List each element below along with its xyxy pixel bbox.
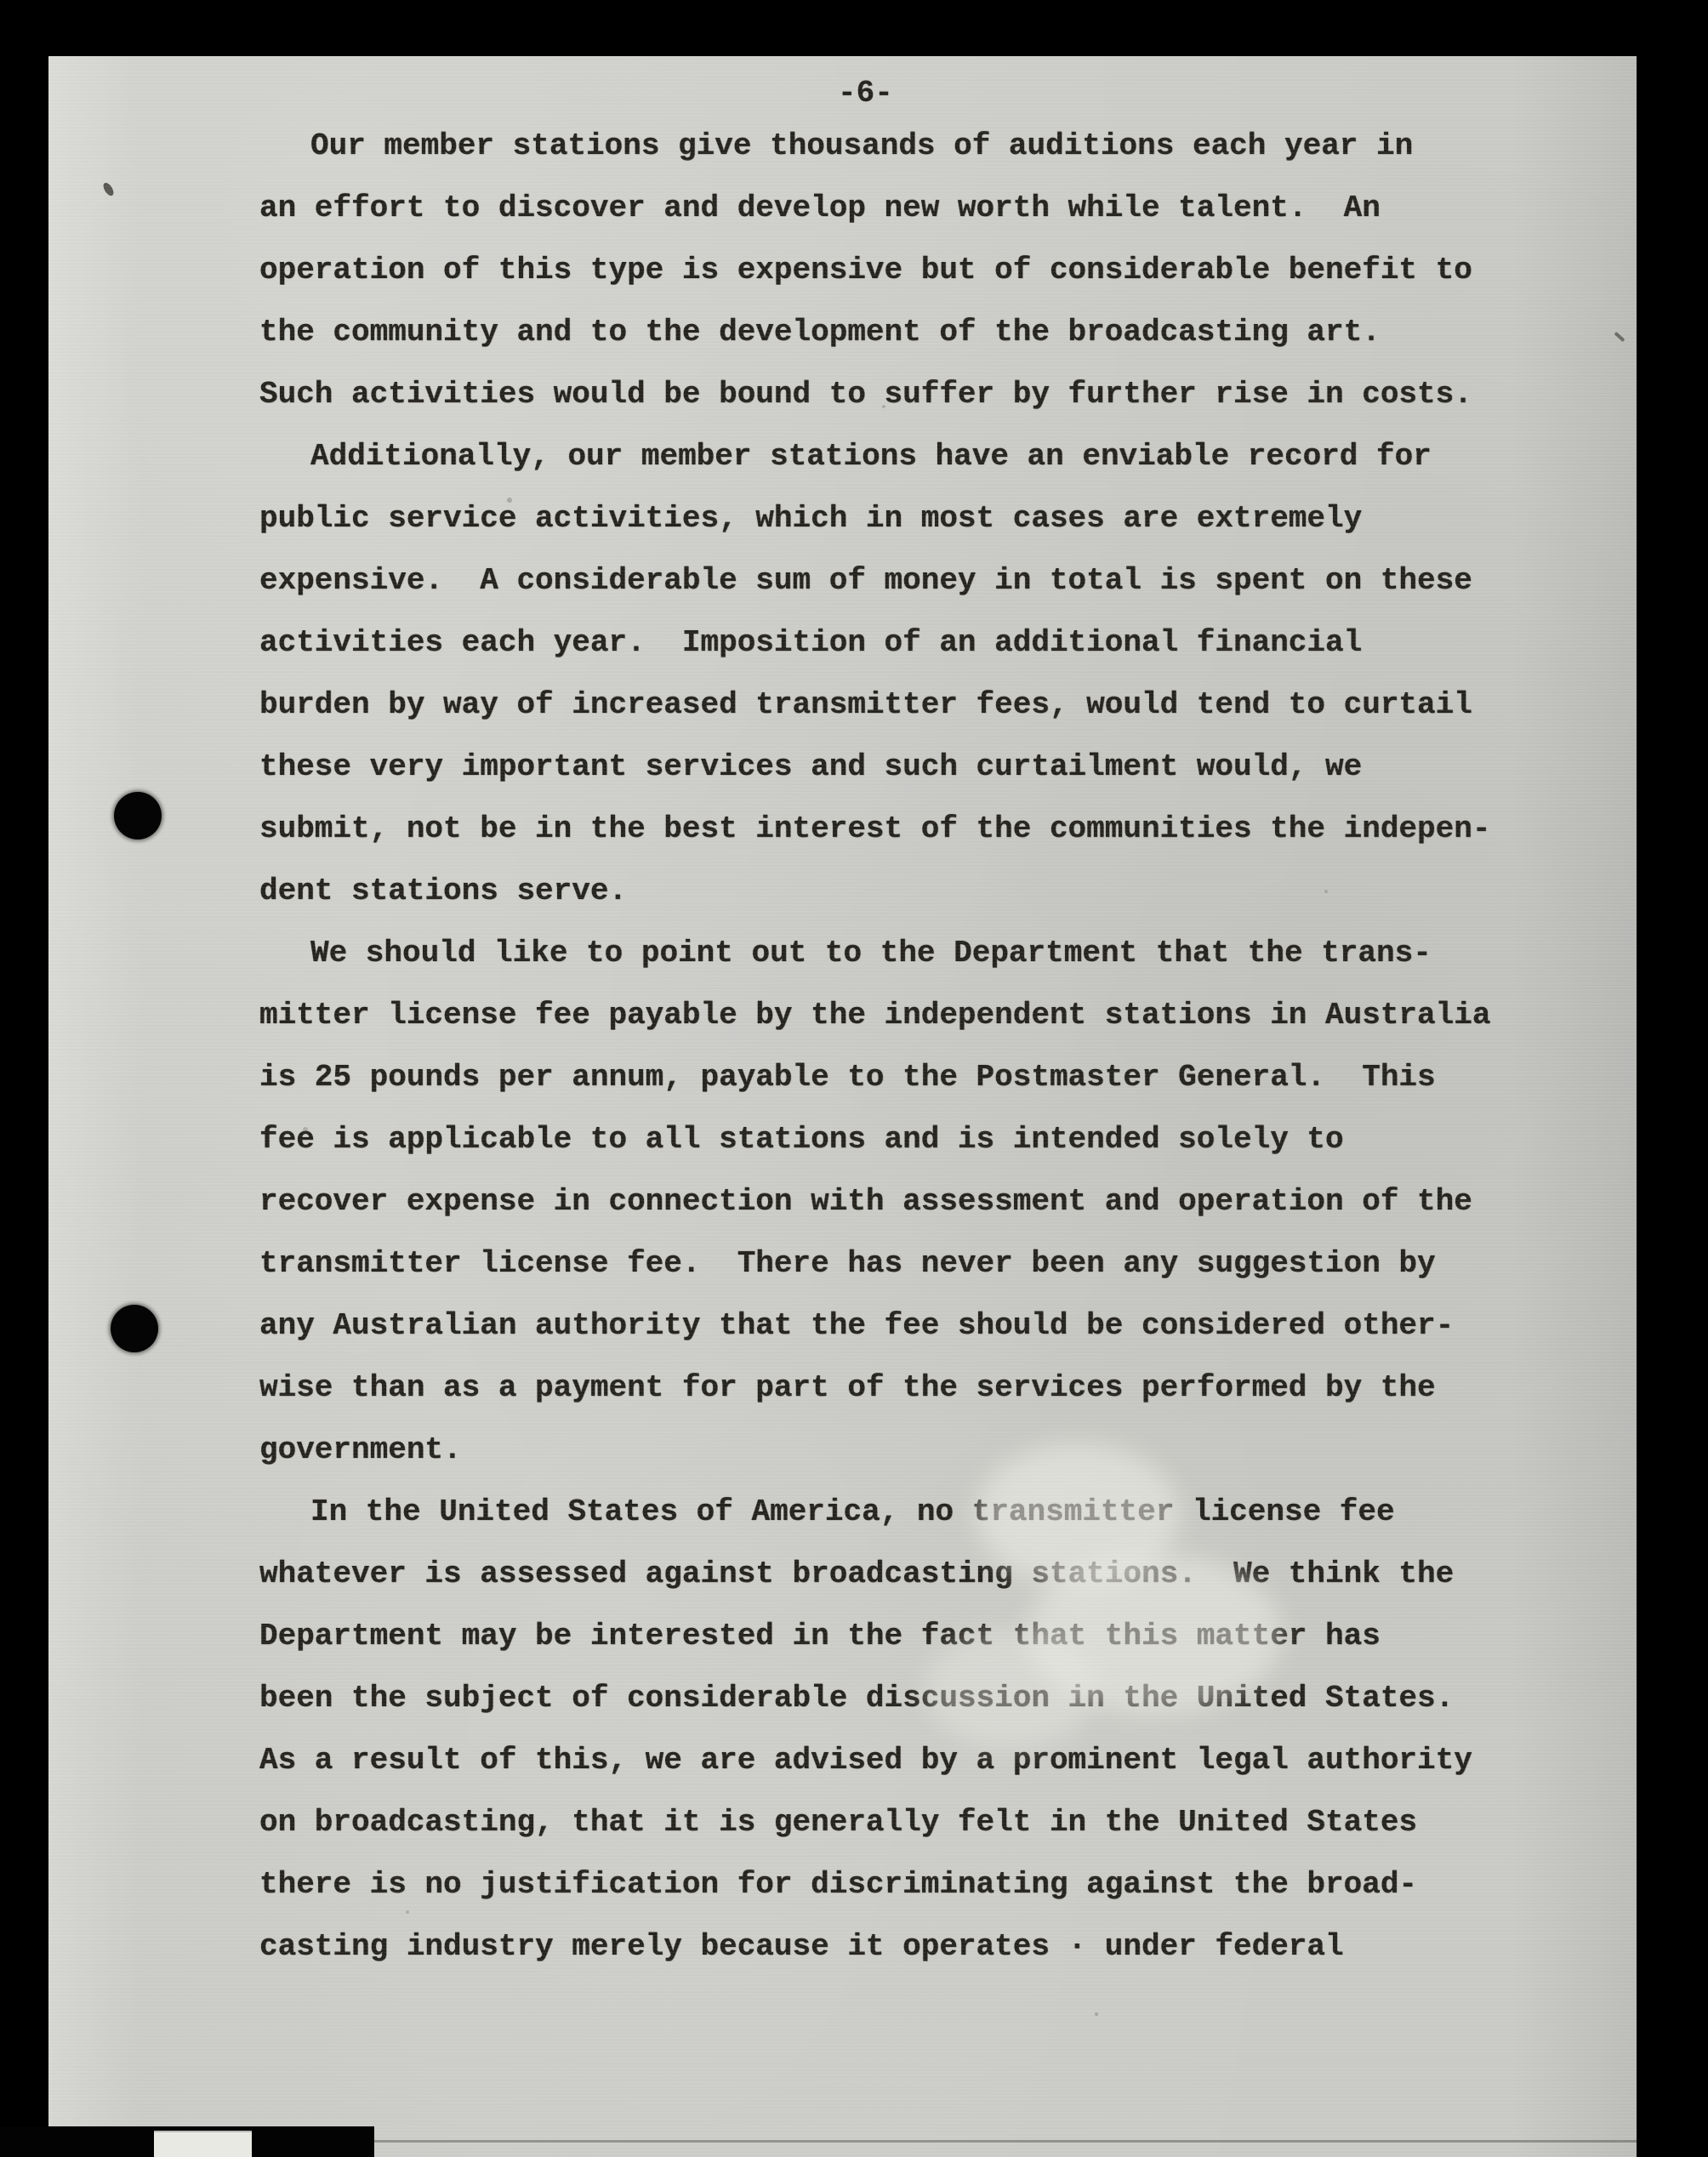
document-line: these very important services and such c… bbox=[259, 736, 1603, 798]
dust-specks bbox=[48, 56, 52, 60]
hole-punch-bottom bbox=[111, 1305, 158, 1352]
document-line: wise than as a payment for part of the s… bbox=[259, 1357, 1603, 1419]
document-line: submit, not be in the best interest of t… bbox=[259, 798, 1603, 860]
document-line: expensive. A considerable sum of money i… bbox=[259, 549, 1603, 612]
ink-speck bbox=[101, 181, 116, 197]
document-line: operation of this type is expensive but … bbox=[259, 239, 1603, 301]
document-line: activities each year. Imposition of an a… bbox=[259, 612, 1603, 674]
document-line: transmitter license fee. There has never… bbox=[259, 1232, 1603, 1295]
document-line: any Australian authority that the fee sh… bbox=[259, 1295, 1603, 1357]
document-line: on broadcasting, that it is generally fe… bbox=[259, 1791, 1603, 1853]
document-line: there is no justification for discrimina… bbox=[259, 1853, 1603, 1915]
document-line: In the United States of America, no tran… bbox=[259, 1481, 1603, 1543]
document-line: government. bbox=[259, 1419, 1603, 1481]
document-line: is 25 pounds per annum, payable to the P… bbox=[259, 1046, 1603, 1108]
page-number: -6- bbox=[838, 75, 893, 112]
document-line: burden by way of increased transmitter f… bbox=[259, 674, 1603, 736]
document-line: the community and to the development of … bbox=[259, 301, 1603, 363]
hole-punch-top bbox=[114, 792, 162, 839]
paragraph: In the United States of America, no tran… bbox=[259, 1481, 1603, 1978]
document-line: Department may be interested in the fact… bbox=[259, 1605, 1603, 1667]
document-line: casting industry merely because it opera… bbox=[259, 1915, 1603, 1978]
document-line: As a result of this, we are advised by a… bbox=[259, 1729, 1603, 1791]
document-line: We should like to point out to the Depar… bbox=[259, 922, 1603, 984]
document-line: an effort to discover and develop new wo… bbox=[259, 177, 1603, 239]
paragraph: Our member stations give thousands of au… bbox=[259, 115, 1603, 425]
document-line: Our member stations give thousands of au… bbox=[259, 115, 1603, 177]
document-line: been the subject of considerable discuss… bbox=[259, 1667, 1603, 1729]
document-line: mitter license fee payable by the indepe… bbox=[259, 984, 1603, 1046]
document-line: whatever is assessed against broadcastin… bbox=[259, 1543, 1603, 1605]
ink-speck bbox=[1614, 332, 1625, 342]
paragraph: We should like to point out to the Depar… bbox=[259, 922, 1603, 1481]
document-line: Such activities would be bound to suffer… bbox=[259, 363, 1603, 425]
document-line: public service activities, which in most… bbox=[259, 487, 1603, 549]
document-body: Our member stations give thousands of au… bbox=[259, 115, 1603, 1978]
paper: -6- Our member stations give thousands o… bbox=[48, 56, 1637, 2157]
scan-background: -6- Our member stations give thousands o… bbox=[0, 0, 1708, 2157]
document-line: dent stations serve. bbox=[259, 860, 1603, 922]
document-line: fee is applicable to all stations and is… bbox=[259, 1108, 1603, 1170]
bottom-white-tab bbox=[154, 2131, 252, 2157]
paragraph: Additionally, our member stations have a… bbox=[259, 425, 1603, 922]
document-line: Additionally, our member stations have a… bbox=[259, 425, 1603, 487]
document-line: recover expense in connection with asses… bbox=[259, 1170, 1603, 1232]
